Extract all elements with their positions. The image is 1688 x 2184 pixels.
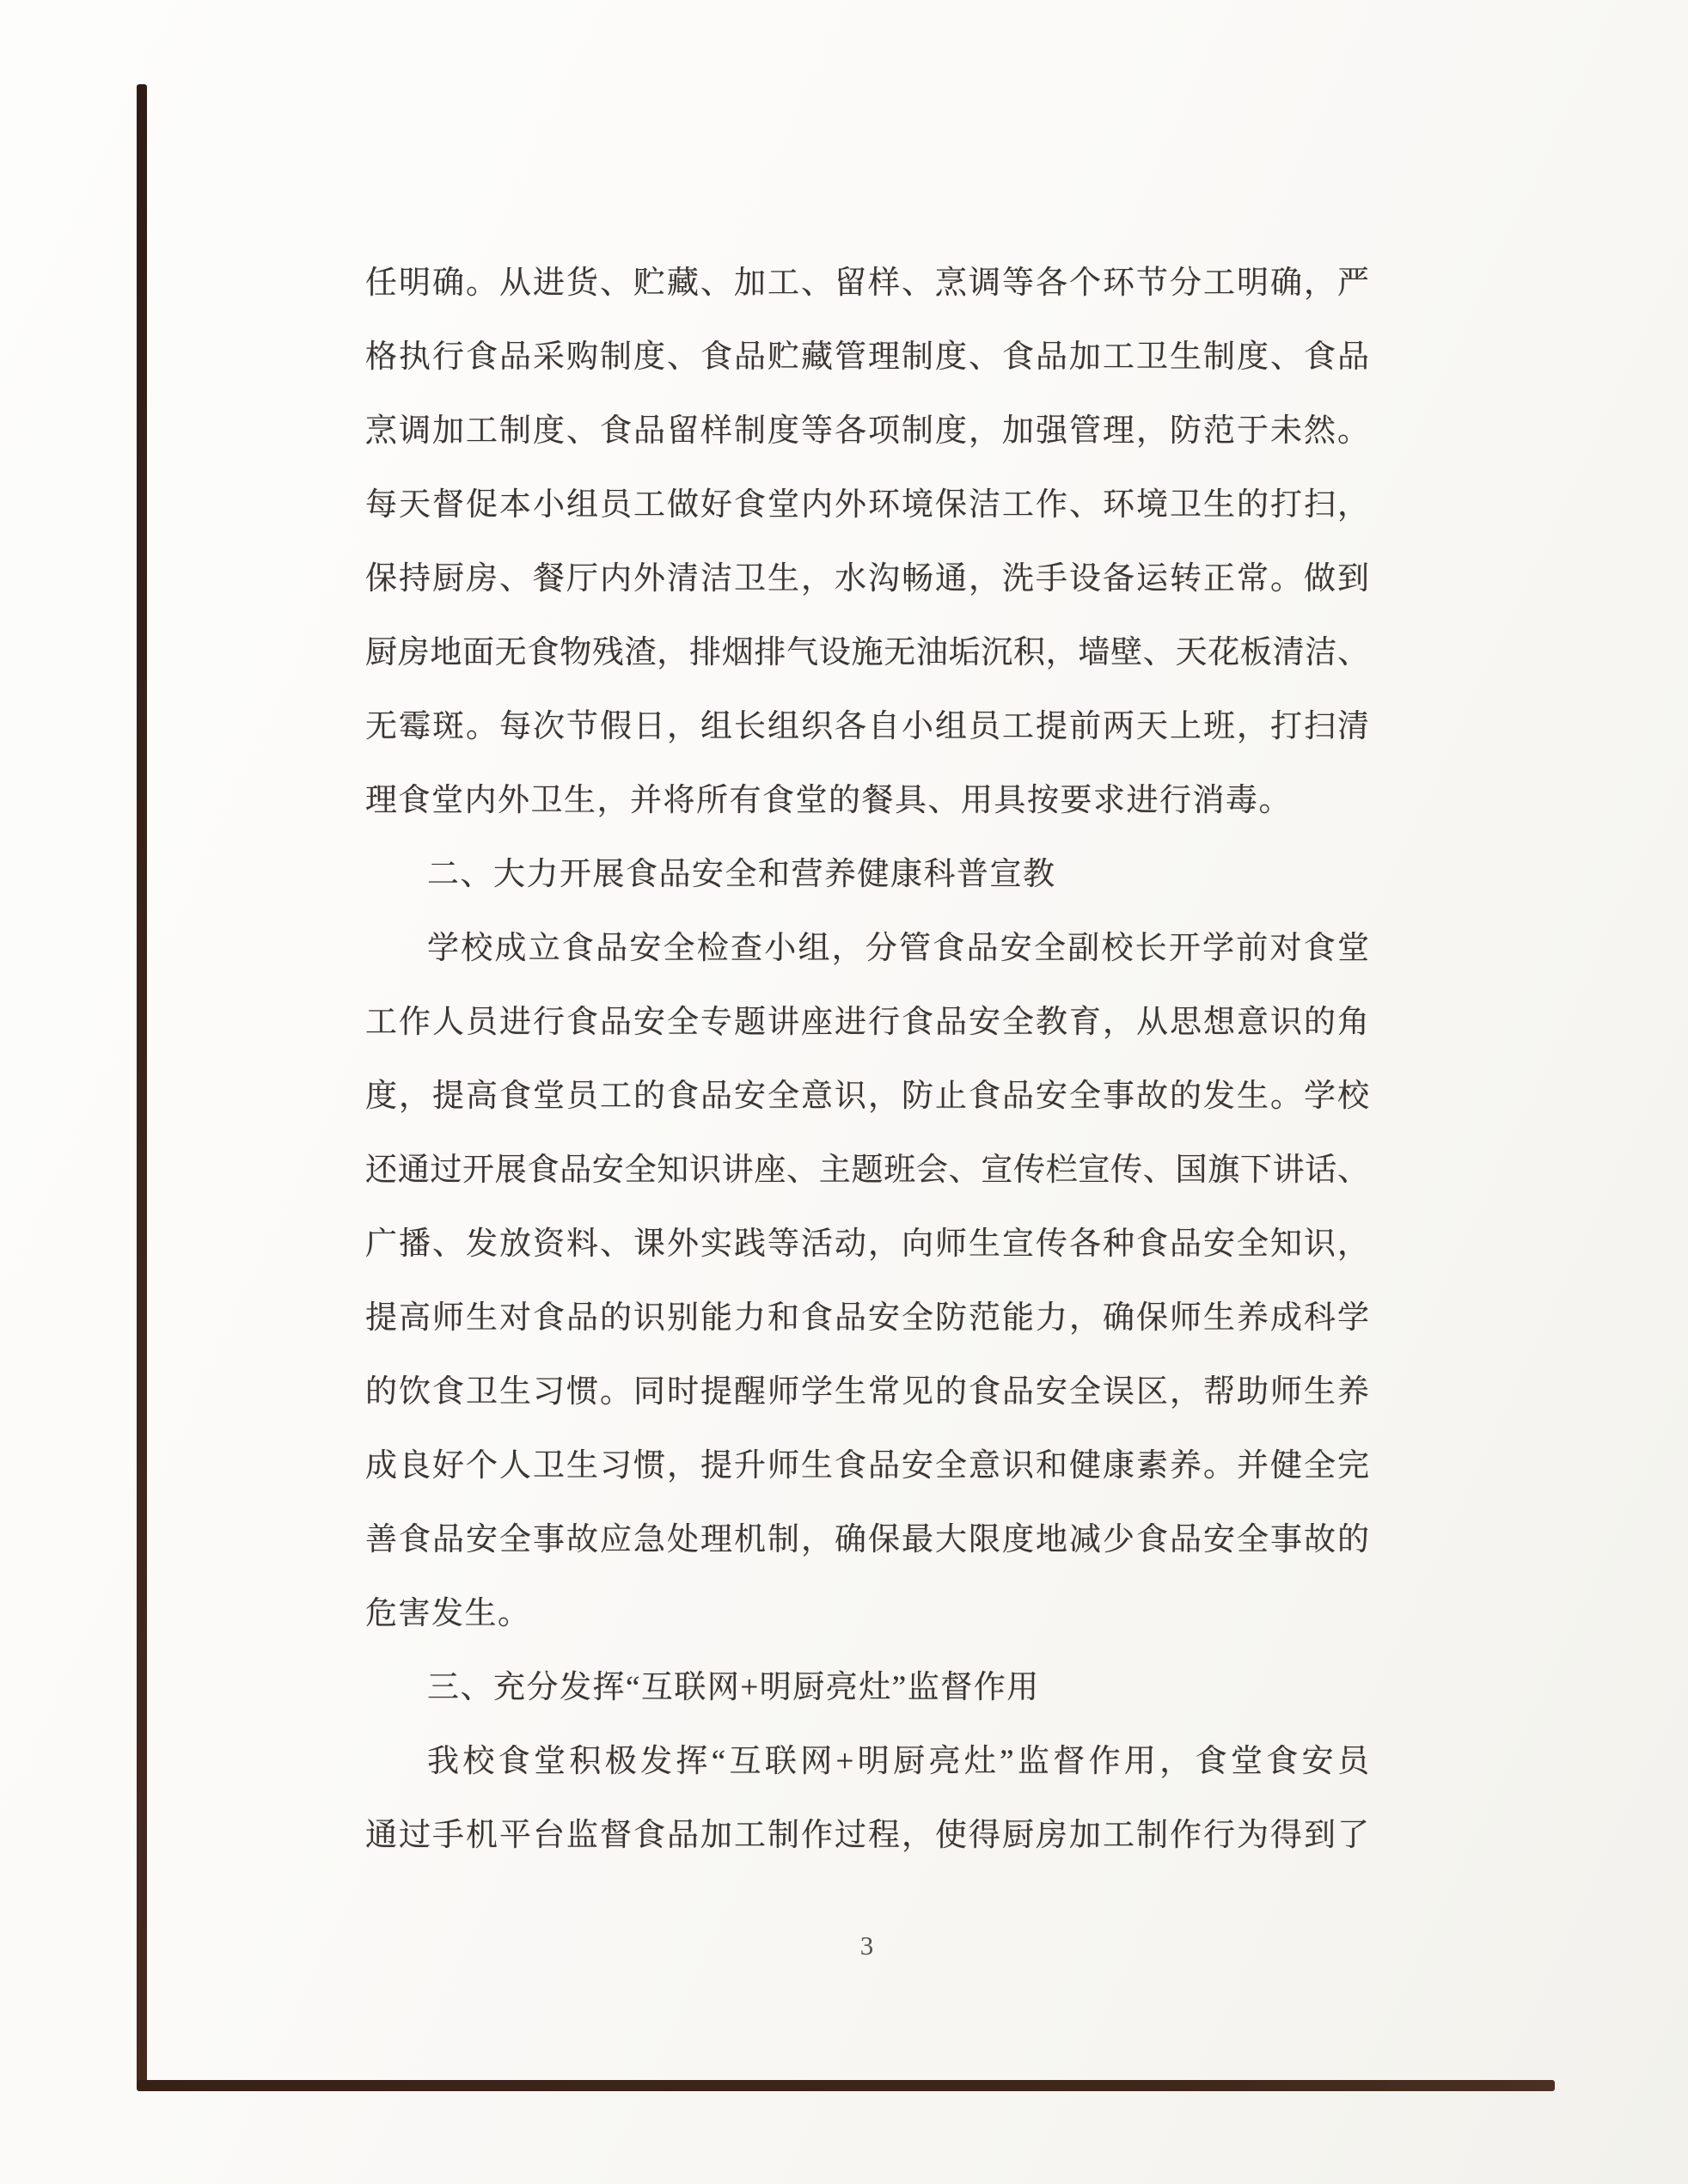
text-line: 危害发生。 [365,1577,1369,1651]
text-line: 理食堂内外卫生，并将所有食堂的餐具、用具按要求进行消毒。 [365,764,1369,838]
text-line: 的饮食卫生习惯。同时提醒师学生常见的食品安全误区，帮助师生养 [365,1355,1369,1429]
text-line: 成良好个人卫生习惯，提升师生食品安全意识和健康素养。并健全完 [365,1429,1369,1503]
text-line: 任明确。从进货、贮藏、加工、留样、烹调等各个环节分工明确，严 [365,247,1369,321]
text-line: 保持厨房、餐厅内外清洁卫生，水沟畅通，洗手设备运转正常。做到 [365,542,1369,616]
section-heading: 二、大力开展食品安全和营养健康科普宣教 [365,838,1369,912]
text-line: 我校食堂积极发挥“互联网+明厨亮灶”监督作用，食堂食安员 [365,1725,1369,1799]
text-line: 提高师生对食品的识别能力和食品安全防范能力，确保师生养成科学 [365,1282,1369,1355]
text-line: 格执行食品采购制度、食品贮藏管理制度、食品加工卫生制度、食品 [365,321,1369,395]
text-line: 善食品安全事故应急处理机制，确保最大限度地减少食品安全事故的 [365,1503,1369,1577]
page-edge-shadow-vertical [137,84,147,2090]
text-line: 学校成立食品安全检查小组，分管食品安全副校长开学前对食堂 [365,912,1369,986]
scanned-document-page: 任明确。从进货、贮藏、加工、留样、烹调等各个环节分工明确，严格执行食品采购制度、… [0,0,1688,2184]
text-line: 厨房地面无食物残渣，排烟排气设施无油垢沉积，墙壁、天花板清洁、 [365,616,1369,690]
text-line: 度，提高食堂员工的食品安全意识，防止食品安全事故的发生。学校 [365,1060,1369,1134]
section-heading: 三、充分发挥“互联网+明厨亮灶”监督作用 [365,1651,1369,1725]
page-edge-shadow-horizontal [137,2080,1555,2091]
text-line: 每天督促本小组员工做好食堂内外环境保洁工作、环境卫生的打扫， [365,468,1369,542]
text-line: 工作人员进行食品安全专题讲座进行食品安全教育，从思想意识的角 [365,986,1369,1060]
document-body: 任明确。从进货、贮藏、加工、留样、烹调等各个环节分工明确，严格执行食品采购制度、… [365,247,1369,1873]
text-line: 烹调加工制度、食品留样制度等各项制度，加强管理，防范于未然。 [365,395,1369,468]
page-number: 3 [365,1912,1369,1980]
text-line: 广播、发放资料、课外实践等活动，向师生宣传各种食品安全知识， [365,1208,1369,1282]
text-line: 还通过开展食品安全知识讲座、主题班会、宣传栏宣传、国旗下讲话、 [365,1134,1369,1208]
text-line: 无霉斑。每次节假日，组长组织各自小组员工提前两天上班，打扫清 [365,690,1369,764]
text-line: 通过手机平台监督食品加工制作过程，使得厨房加工制作行为得到了 [365,1799,1369,1873]
